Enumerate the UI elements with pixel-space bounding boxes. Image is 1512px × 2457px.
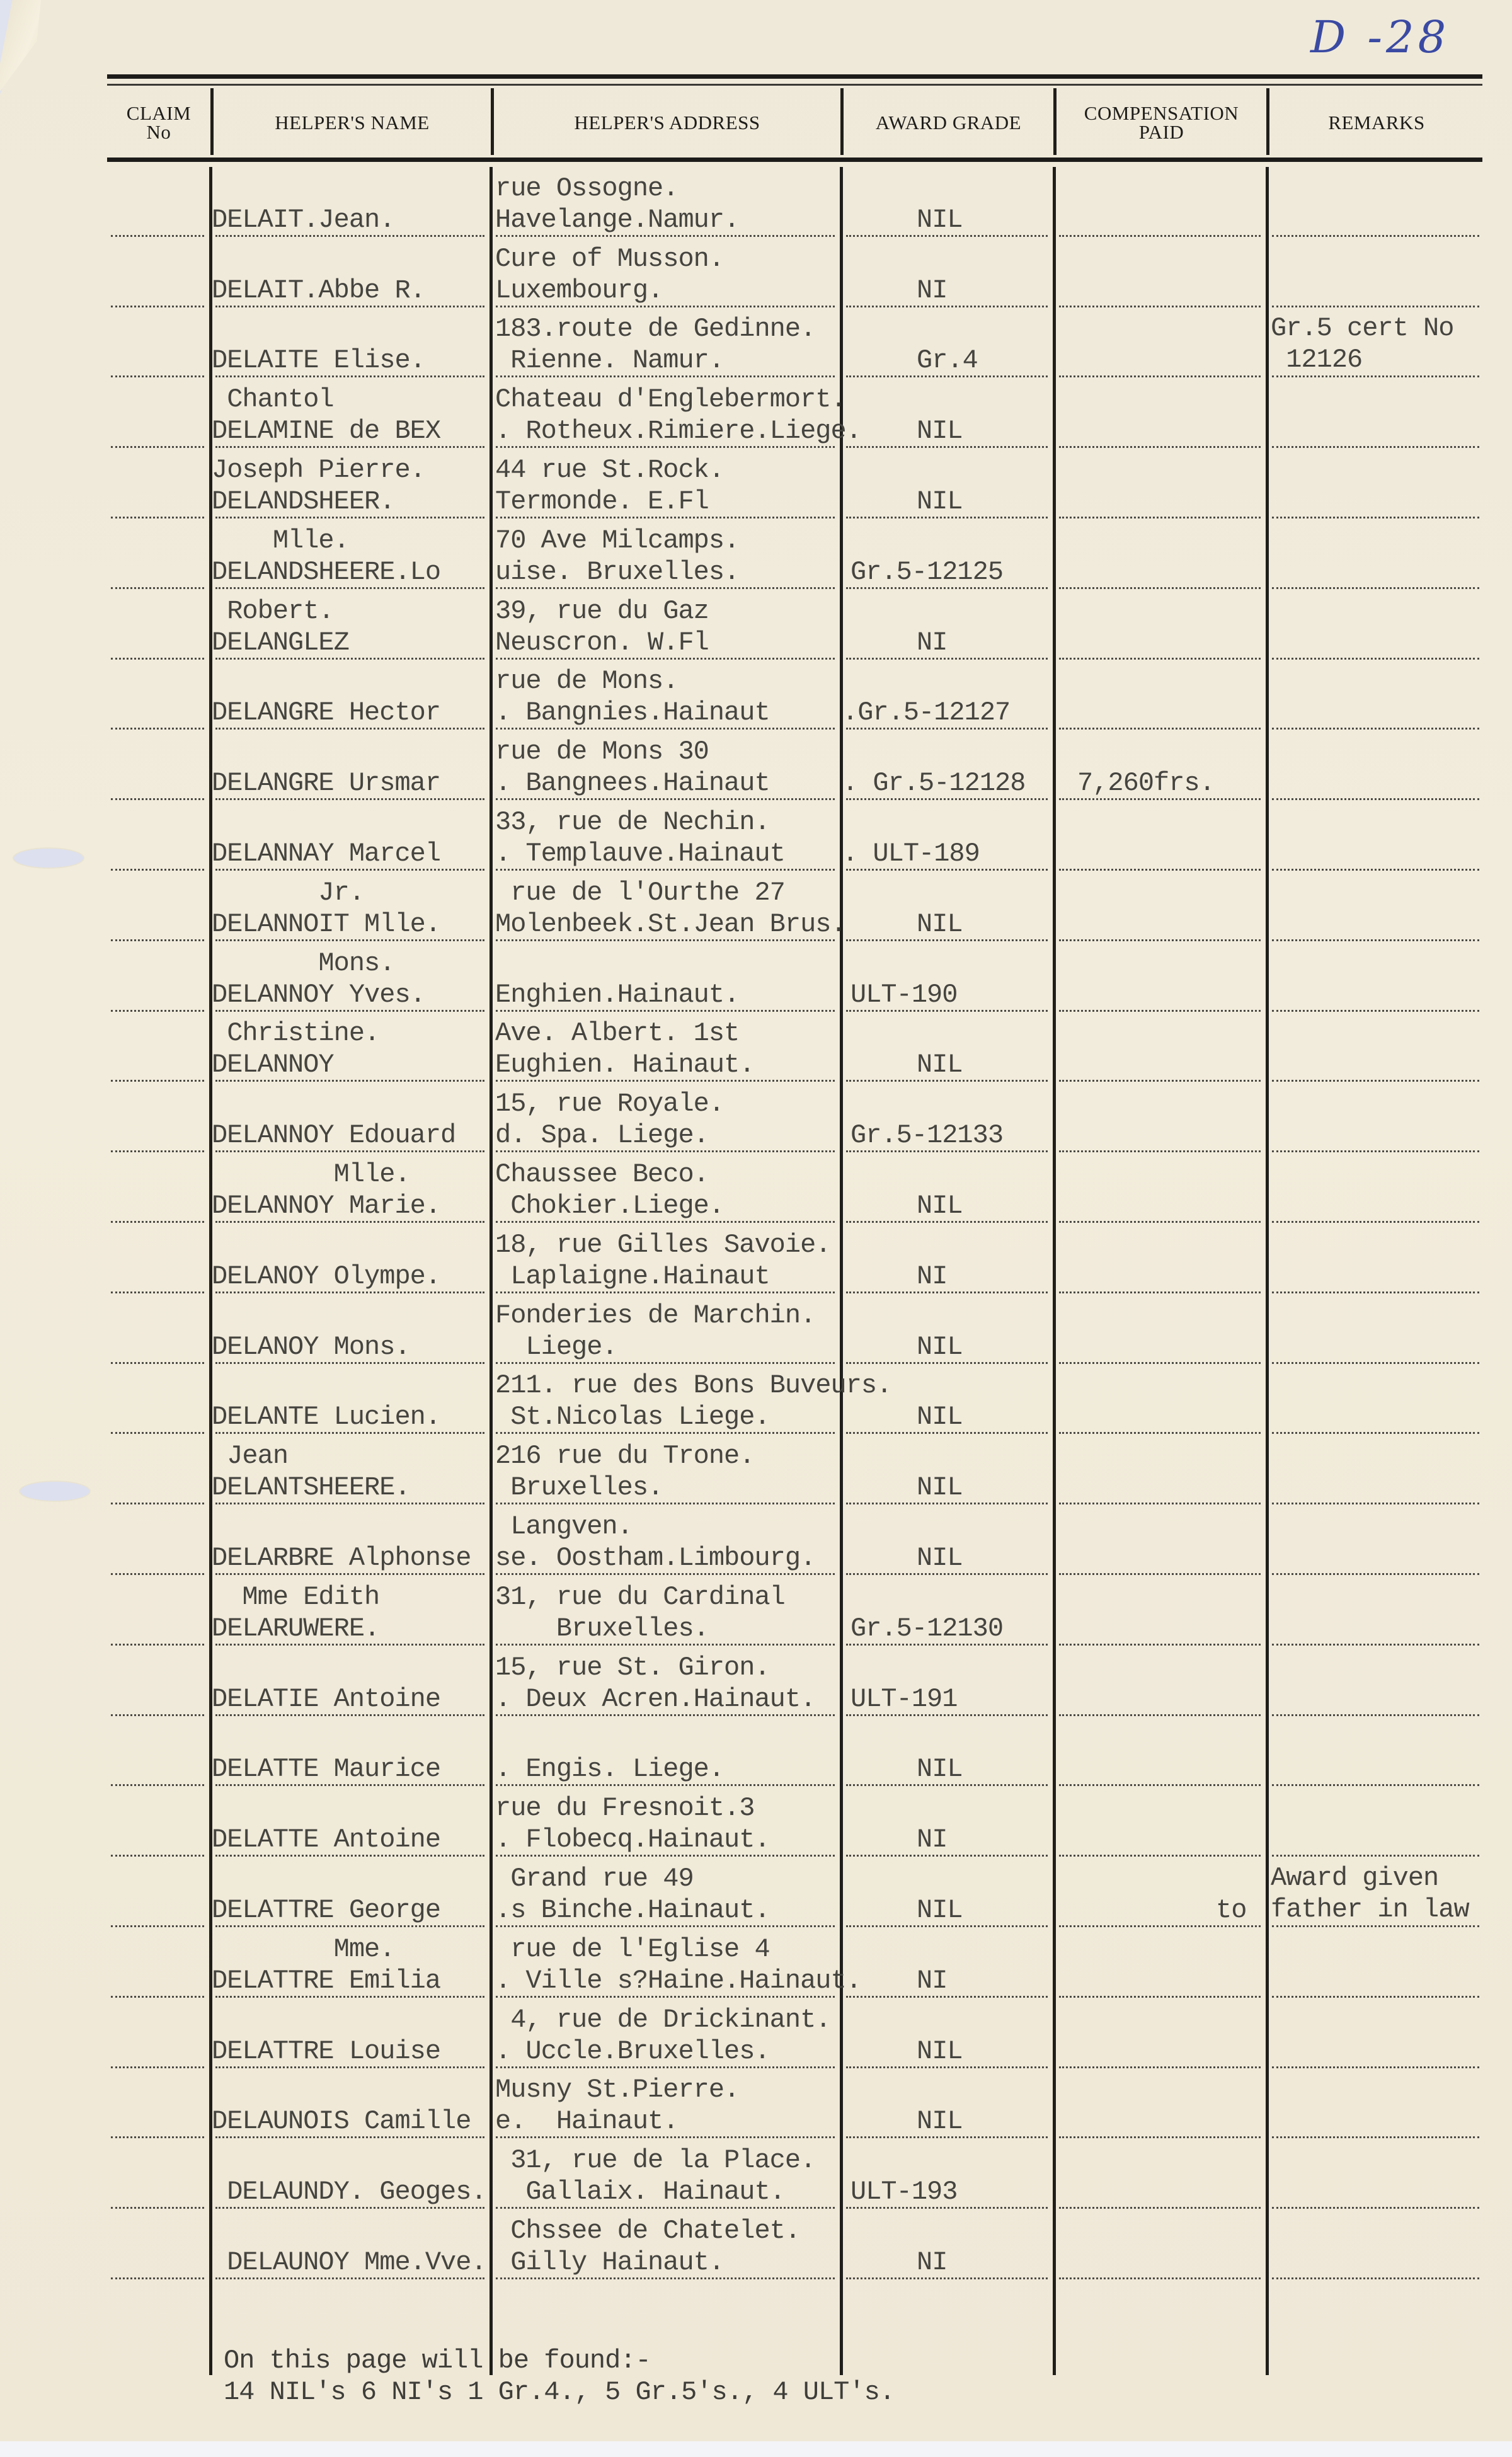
helper-address-line2: Rienne. Namur. [495,344,724,377]
row-rule [1059,1221,1261,1223]
helper-address-line2: . Bangnees.Hainaut [495,767,770,799]
helper-name: DELATTRE George [212,1894,440,1927]
award-grade: NIL [917,1400,963,1433]
award-grade: NIL [917,203,963,236]
row-rule [111,2136,204,2138]
header-compensation-paid: COMPENSATION PAID [1057,88,1266,157]
helper-name: DELAMINE de BEX [212,415,440,447]
column-divider [490,167,493,2375]
row-rule [111,869,204,871]
row-rule [1272,728,1479,730]
row-rule [111,798,204,800]
row-rule [111,1291,204,1293]
row-rule [111,1644,204,1646]
row-rule [1272,1784,1479,1786]
helper-address-line2: uise. Bruxelles. [495,556,739,588]
helper-name-line1: Jr. [212,876,364,909]
row-rule [111,2207,204,2209]
compensation-paid: to [1216,1894,1246,1927]
helper-address-line2: . Deux Acren.Hainaut. [495,1683,815,1715]
helper-address-line2: St.Nicolas Liege. [495,1400,770,1433]
award-grade: NIL [917,1894,963,1927]
helper-address-line1: Musny St.Pierre. [495,2073,739,2106]
helper-name-line1: Joseph Pierre. [212,454,425,486]
helper-name: DELANGRE Hector [212,696,440,729]
row-rule [111,1362,204,1364]
helper-address-line1: 15, rue Royale. [495,1087,724,1120]
award-grade: NIL [917,1542,963,1574]
row-rule [1059,1150,1261,1152]
row-rule [111,306,204,307]
helper-address-line1: rue du Fresnoit.3 [495,1792,754,1824]
row-rule [1059,446,1261,448]
helper-address-line2: Havelange.Namur. [495,203,739,236]
row-rule [1059,517,1261,518]
header-helper-name: HELPER'S NAME [214,88,491,157]
helper-address-line1: 216 rue du Trone. [495,1440,754,1472]
helper-address-line1: 183.route de Gedinne. [495,312,815,345]
award-grade: NIL [917,1331,963,1363]
helper-name: DELAUNOY Mme.Vve. [212,2246,486,2279]
helper-address-line2: Molenbeek.St.Jean Brus. [495,908,846,941]
helper-name: DELAIT.Jean. [212,203,394,236]
row-rule [1059,587,1261,589]
remarks-text: Gr.5 cert No 12126 [1271,312,1453,375]
helper-address-line1: 4, rue de Drickinant. [495,2003,831,2036]
row-rule [1272,2066,1479,2068]
helper-address-line2: Bruxelles. [495,1471,663,1504]
helper-address-line2: .s Binche.Hainaut. [495,1894,770,1927]
helper-name: DELANNOY [212,1048,334,1081]
helper-address-line1: Fonderies de Marchin. [495,1299,815,1332]
helper-name: DELANTE Lucien. [212,1400,440,1433]
row-rule [1059,1784,1261,1786]
helper-name-line1: Mme Edith [212,1581,379,1613]
helper-name: DELANGRE Ursmar [212,767,440,799]
helper-address-line2: . Rotheux.Rimiere.Liege. [495,415,861,447]
helper-address-line1: Grand rue 49 [495,1862,694,1895]
header-top-rule [107,74,1482,79]
award-grade: .Gr.5-12127 [842,696,1010,729]
header-bottom-rule [107,157,1482,162]
row-rule [111,1150,204,1152]
column-divider [1053,167,1056,2375]
helper-name: DELANOY Olympe. [212,1260,440,1293]
row-rule [1272,1714,1479,1716]
helper-address-line1: 15, rue St. Giron. [495,1651,770,1684]
row-rule [1272,1080,1479,1082]
award-grade: NI [917,626,947,659]
award-grade: NIL [917,2035,963,2068]
row-rule [1059,658,1261,660]
helper-name-line1: Mlle. [212,524,349,557]
row-rule [111,1573,204,1575]
award-grade: NI [917,1964,947,1997]
row-rule [1059,1644,1261,1646]
helper-name: DELANNOY Edouard [212,1119,455,1152]
helper-address-line2: Gallaix. Hainaut. [495,2175,785,2208]
award-grade: . ULT-189 [842,837,980,870]
scan-background [0,2441,1512,2457]
row-rule [1272,798,1479,800]
column-divider [840,167,843,2375]
row-rule [1059,1010,1261,1012]
row-rule [1059,869,1261,871]
row-rule [111,1221,204,1223]
row-rule [1272,446,1479,448]
helper-address-line1: 211. rue des Bons Buveurs. [495,1369,891,1402]
helper-address-line2: e. Hainaut. [495,2105,678,2138]
row-rule [1272,1644,1479,1646]
helper-address-line1: Cure of Musson. [495,243,724,275]
helper-name: DELATIE Antoine [212,1683,440,1715]
row-rule [1059,2066,1261,2068]
row-rule [111,658,204,660]
row-rule [1272,1573,1479,1575]
helper-address-line1: Chaussee Beco. [495,1158,709,1191]
row-rule [111,446,204,448]
row-rule [111,1432,204,1434]
award-grade: Gr.5-12130 [850,1612,1003,1645]
award-grade: ULT-190 [850,978,957,1011]
helper-address-line1: rue de Mons 30 [495,735,709,768]
helper-address-line1: 39, rue du Gaz [495,595,709,627]
helper-name: DELANTSHEERE. [212,1471,410,1504]
row-rule [111,2277,204,2279]
helper-name-line1: Robert. [212,595,334,627]
row-rule [1272,2136,1479,2138]
row-rule [1272,939,1479,941]
helper-name-line1: Christine. [212,1017,379,1050]
award-grade: . Gr.5-12128 [842,767,1025,799]
helper-name: DELATTE Antoine [212,1823,440,1856]
row-rule [1272,306,1479,307]
row-rule [1059,1714,1261,1716]
award-grade: NI [917,1260,947,1293]
helper-name: DELANOY Mons. [212,1331,410,1363]
award-grade: Gr.5-12125 [850,556,1003,588]
helper-name-line1: Chantol [212,383,334,416]
header-top-thin-rule [107,84,1482,86]
helper-address-line2: Gilly Hainaut. [495,2246,724,2279]
helper-address-line2: Termonde. E.Fl [495,485,709,518]
footer-summary-label: On this page will be found:- [224,2345,651,2376]
helper-address-line1: rue de Mons. [495,665,678,697]
row-rule [1059,306,1261,307]
helper-name-line1: Mons. [212,947,394,980]
helper-name: DELANNOIT Mlle. [212,908,440,941]
helper-address-line2: Neuscron. W.Fl [495,626,709,659]
row-rule [1272,1362,1479,1364]
helper-address-line2: . Ville s?Haine.Hainaut. [495,1964,861,1997]
award-grade: NIL [917,1753,963,1785]
helper-address-line1: 44 rue St.Rock. [495,454,724,486]
helper-address-line2: d. Spa. Liege. [495,1119,709,1152]
footer-summary-counts: 14 NIL's 6 NI's 1 Gr.4., 5 Gr.5's., 4 UL… [224,2376,895,2408]
row-rule [111,1010,204,1012]
helper-address-line2: . Bangnies.Hainaut [495,696,770,729]
helper-name: DELAUNOIS Camille [212,2105,471,2138]
row-rule [1059,1996,1261,1998]
helper-name: DELANDSHEER. [212,485,394,518]
helper-address-line1: Chateau d'Englebermort. [495,383,846,416]
helper-address-line2: Liege. [495,1331,617,1363]
row-rule [111,1996,204,1998]
row-rule [111,1925,204,1927]
row-rule [1059,2207,1261,2209]
row-rule [111,1855,204,1857]
compensation-paid: 7,260frs. [1077,767,1215,799]
helper-address-line1: 70 Ave Milcamps. [495,524,739,557]
helper-name: DELAUNDY. Geoges. [212,2175,486,2208]
handwritten-reference-mark: D -28 [1310,11,1450,63]
row-rule [111,2066,204,2068]
row-rule [111,1503,204,1504]
row-rule [1059,1291,1261,1293]
helper-address-line1: 31, rue du Cardinal [495,1581,785,1613]
helper-address-line2: se. Oostham.Limbourg. [495,1542,815,1574]
award-grade: NIL [917,908,963,941]
helper-address-line2: Bruxelles. [495,1612,709,1645]
award-grade: NIL [917,2105,963,2138]
award-grade: NIL [917,1048,963,1081]
helper-address-line2: . Flobecq.Hainaut. [495,1823,770,1856]
helper-address-line1: Chssee de Chatelet. [495,2214,800,2247]
helper-name: DELATTRE Emilia [212,1964,440,1997]
award-grade: NIL [917,1471,963,1504]
helper-name: DELATTE Maurice [212,1753,440,1785]
helper-name: DELANDSHEERE.Lo [212,556,440,588]
row-rule [111,375,204,377]
row-rule [1272,1925,1479,1927]
row-rule [111,587,204,589]
row-rule [111,517,204,518]
helper-address-line2: . Uccle.Bruxelles. [495,2035,770,2068]
row-rule [1059,1855,1261,1857]
row-rule [1272,1503,1479,1504]
award-grade: NIL [917,485,963,518]
column-divider [1266,167,1269,2375]
row-rule [1272,869,1479,871]
helper-name: DELAITE Elise. [212,344,425,377]
helper-address-line1: 33, rue de Nechin. [495,806,770,839]
helper-name: DELANNOY Marie. [212,1189,440,1222]
row-rule [1059,1362,1261,1364]
remarks-text: Award given father in law [1271,1862,1469,1925]
helper-name: DELAIT.Abbe R. [212,274,425,307]
row-rule [1272,517,1479,518]
helper-name-line1: Mme. [212,1933,394,1966]
helper-address-line1: 31, rue de la Place. [495,2144,815,2177]
award-grade: NIL [917,1189,963,1222]
row-rule [1059,1432,1261,1434]
row-rule [1059,1573,1261,1575]
helper-address-line1: 18, rue Gilles Savoie. [495,1228,831,1261]
row-rule [1272,587,1479,589]
row-rule [111,1080,204,1082]
row-rule [1272,2277,1479,2279]
row-rule [1272,1010,1479,1012]
award-grade: Gr.5-12133 [850,1119,1003,1152]
row-rule [1272,235,1479,237]
row-rule [111,1784,204,1786]
helper-name-line1: Mlle. [212,1158,410,1191]
helper-address-line2: Luxembourg. [495,274,663,307]
row-rule [1272,375,1479,377]
punch-hole-icon [19,1480,91,1502]
helper-name: DELATTRE Louise [212,2035,440,2068]
row-rule [1272,1221,1479,1223]
punch-hole-icon [13,847,84,869]
helper-name-line1: Jean [212,1440,288,1472]
header-claim-no: CLAIM No [107,88,210,157]
row-rule [1059,2136,1261,2138]
row-rule [1059,375,1261,377]
row-rule [111,1714,204,1716]
row-rule [1272,1855,1479,1857]
row-rule [1272,658,1479,660]
helper-address-line2: . Templauve.Hainaut [495,837,785,870]
header-helper-address: HELPER'S ADDRESS [494,88,840,157]
award-grade: NI [917,2246,947,2279]
row-rule [111,235,204,237]
helper-address-line2: Eughien. Hainaut. [495,1048,754,1081]
helper-name: DELANNOY Yves. [212,978,425,1011]
row-rule [111,728,204,730]
award-grade: ULT-193 [850,2175,957,2208]
helper-address-line1: rue de l'Eglise 4 [495,1933,770,1966]
helper-address-line1: rue de l'Ourthe 27 [495,876,785,909]
helper-name: DELARUWERE. [212,1612,379,1645]
helper-name: DELANNAY Marcel [212,837,440,870]
header-award-grade: AWARD GRADE [844,88,1053,157]
helper-address-line1: Ave. Albert. 1st [495,1017,739,1050]
row-rule [1059,728,1261,730]
row-rule [1059,939,1261,941]
award-grade: ULT-191 [850,1683,957,1715]
award-grade: NI [917,274,947,307]
helper-address-line1: Langven. [495,1510,633,1543]
row-rule [1059,1503,1261,1504]
helper-name: DELANGLEZ [212,626,349,659]
award-grade: Gr.4 [917,344,978,377]
row-rule [1272,1432,1479,1434]
helper-address-line2: . Engis. Liege. [495,1753,724,1785]
row-rule [1272,1150,1479,1152]
award-grade: NI [917,1823,947,1856]
helper-address-line2: Enghien.Hainaut. [495,978,739,1011]
award-grade: NIL [917,415,963,447]
row-rule [1059,1080,1261,1082]
helper-address-line2: Chokier.Liege. [495,1189,724,1222]
header-remarks: REMARKS [1269,88,1484,157]
row-rule [111,939,204,941]
row-rule [1272,2207,1479,2209]
helper-address-line1: rue Ossogne. [495,172,678,205]
row-rule [1272,1996,1479,1998]
helper-name: DELARBRE Alphonse [212,1542,471,1574]
row-rule [1059,235,1261,237]
helper-address-line2: Laplaigne.Hainaut [495,1260,770,1293]
row-rule [1272,1291,1479,1293]
row-rule [1059,2277,1261,2279]
